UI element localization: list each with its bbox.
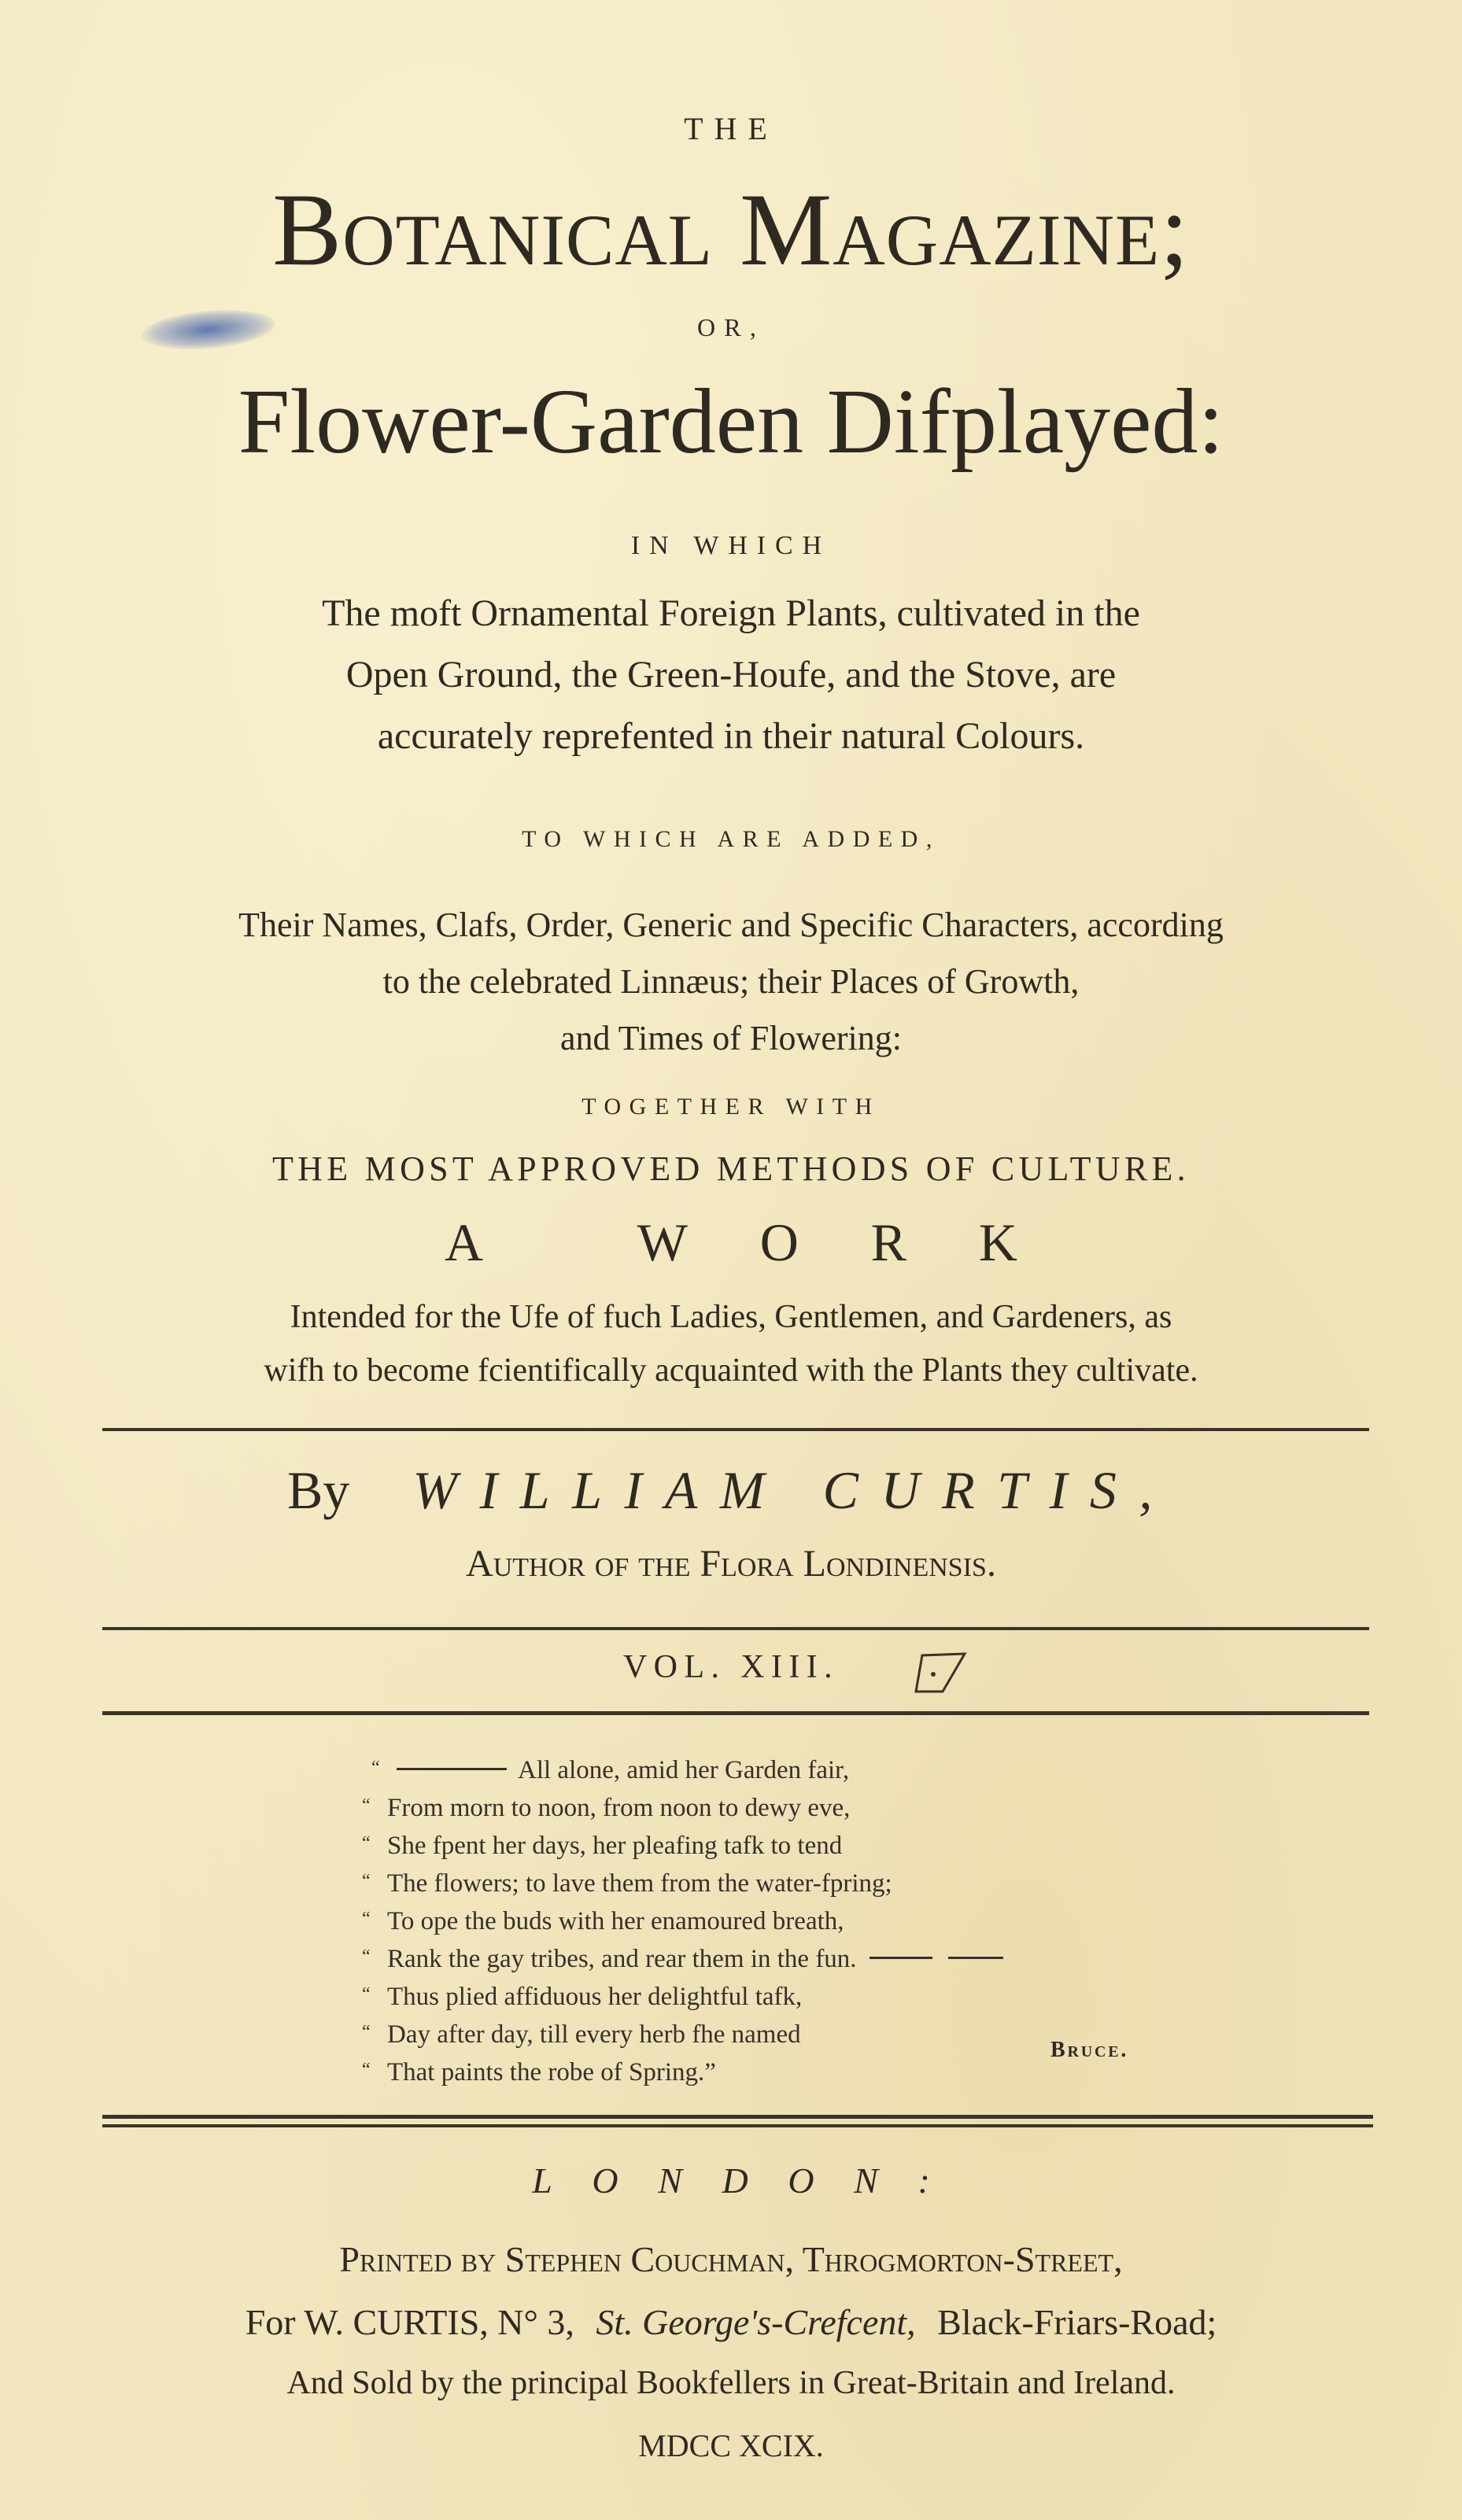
divider-rule	[102, 2115, 1373, 2119]
the-heading: THE	[0, 110, 1462, 147]
title-page: THE Botanical Magazine; OR, Flower-Garde…	[0, 0, 1462, 2520]
poem-line: “She fpent her days, her pleafing tafk t…	[362, 1826, 1003, 1864]
em-rule	[869, 1957, 932, 1959]
to-which-added-heading: TO WHICH ARE ADDED,	[0, 826, 1462, 853]
em-rule	[397, 1768, 507, 1770]
added-line-1: Their Names, Clafs, Order, Generic and S…	[0, 905, 1462, 945]
poem-line: “To ope the buds with her enamoured brea…	[362, 1902, 1003, 1939]
imprint-city: LONDON:	[0, 2160, 1462, 2201]
divider-rule	[102, 1711, 1369, 1715]
description-line-1: The moft Ornamental Foreign Plants, cult…	[0, 592, 1462, 635]
intended-line-2: wifh to become fcientifically acquainted…	[0, 1352, 1462, 1389]
poem-line: “All alone, amid her Garden fair,	[362, 1751, 1003, 1788]
imprint-printer: Printed by Stephen Couchman, Throgmorton…	[0, 2238, 1462, 2280]
handwritten-box-mark-icon	[913, 1651, 968, 1696]
author-credit: Author of the Flora Londinensis.	[0, 1542, 1462, 1585]
em-rule	[948, 1957, 1003, 1959]
poem-line: “Rank the gay tribes, and rear them in t…	[362, 1939, 1003, 1977]
methods-of-culture: THE MOST APPROVED METHODS OF CULTURE.	[0, 1149, 1462, 1189]
poem-line: “Day after day, till every herb fhe name…	[362, 2015, 1003, 2053]
divider-rule	[102, 1627, 1369, 1630]
epigraph-poem: “All alone, amid her Garden fair, “From …	[362, 1751, 1003, 2090]
a-work-heading: A WORK	[0, 1212, 1462, 1274]
byline: ByWILLIAM CURTIS,	[0, 1459, 1462, 1522]
description-line-3: accurately reprefented in their natural …	[0, 714, 1462, 758]
imprint-publisher: For W. CURTIS, N° 3, St. George's-Crefce…	[0, 2301, 1462, 2343]
added-line-3: and Times of Flowering:	[0, 1018, 1462, 1058]
divider-rule	[102, 2124, 1373, 2127]
imprint-year: MDCC XCIX.	[0, 2427, 1462, 2464]
together-with-heading: TOGETHER WITH	[0, 1094, 1462, 1120]
intended-line-1: Intended for the Ufe of fuch Ladies, Gen…	[0, 1298, 1462, 1336]
poem-attribution: Bruce.	[1050, 2038, 1128, 2063]
divider-rule	[102, 1428, 1369, 1431]
poem-line: “Thus plied affiduous her delightful taf…	[362, 1977, 1003, 2015]
added-line-2: to the celebrated Linnæus; their Places …	[0, 961, 1462, 1002]
main-title: Botanical Magazine;	[0, 169, 1462, 290]
description-line-2: Open Ground, the Green-Houfe, and the St…	[0, 653, 1462, 696]
or-connector: OR,	[0, 313, 1462, 342]
subtitle: Flower-Garden Difplayed:	[0, 368, 1462, 475]
poem-line: “That paints the robe of Spring.”	[362, 2053, 1003, 2090]
volume-number: VOL. XIII.	[0, 1648, 1462, 1686]
by-label: By	[287, 1460, 349, 1520]
author-name: WILLIAM CURTIS,	[412, 1460, 1175, 1520]
poem-line: “The flowers; to lave them from the wate…	[362, 1864, 1003, 1902]
imprint-sold-by: And Sold by the principal Bookfellers in…	[0, 2364, 1462, 2402]
poem-line: “From morn to noon, from noon to dewy ev…	[362, 1788, 1003, 1826]
in-which-heading: IN WHICH	[0, 531, 1462, 561]
